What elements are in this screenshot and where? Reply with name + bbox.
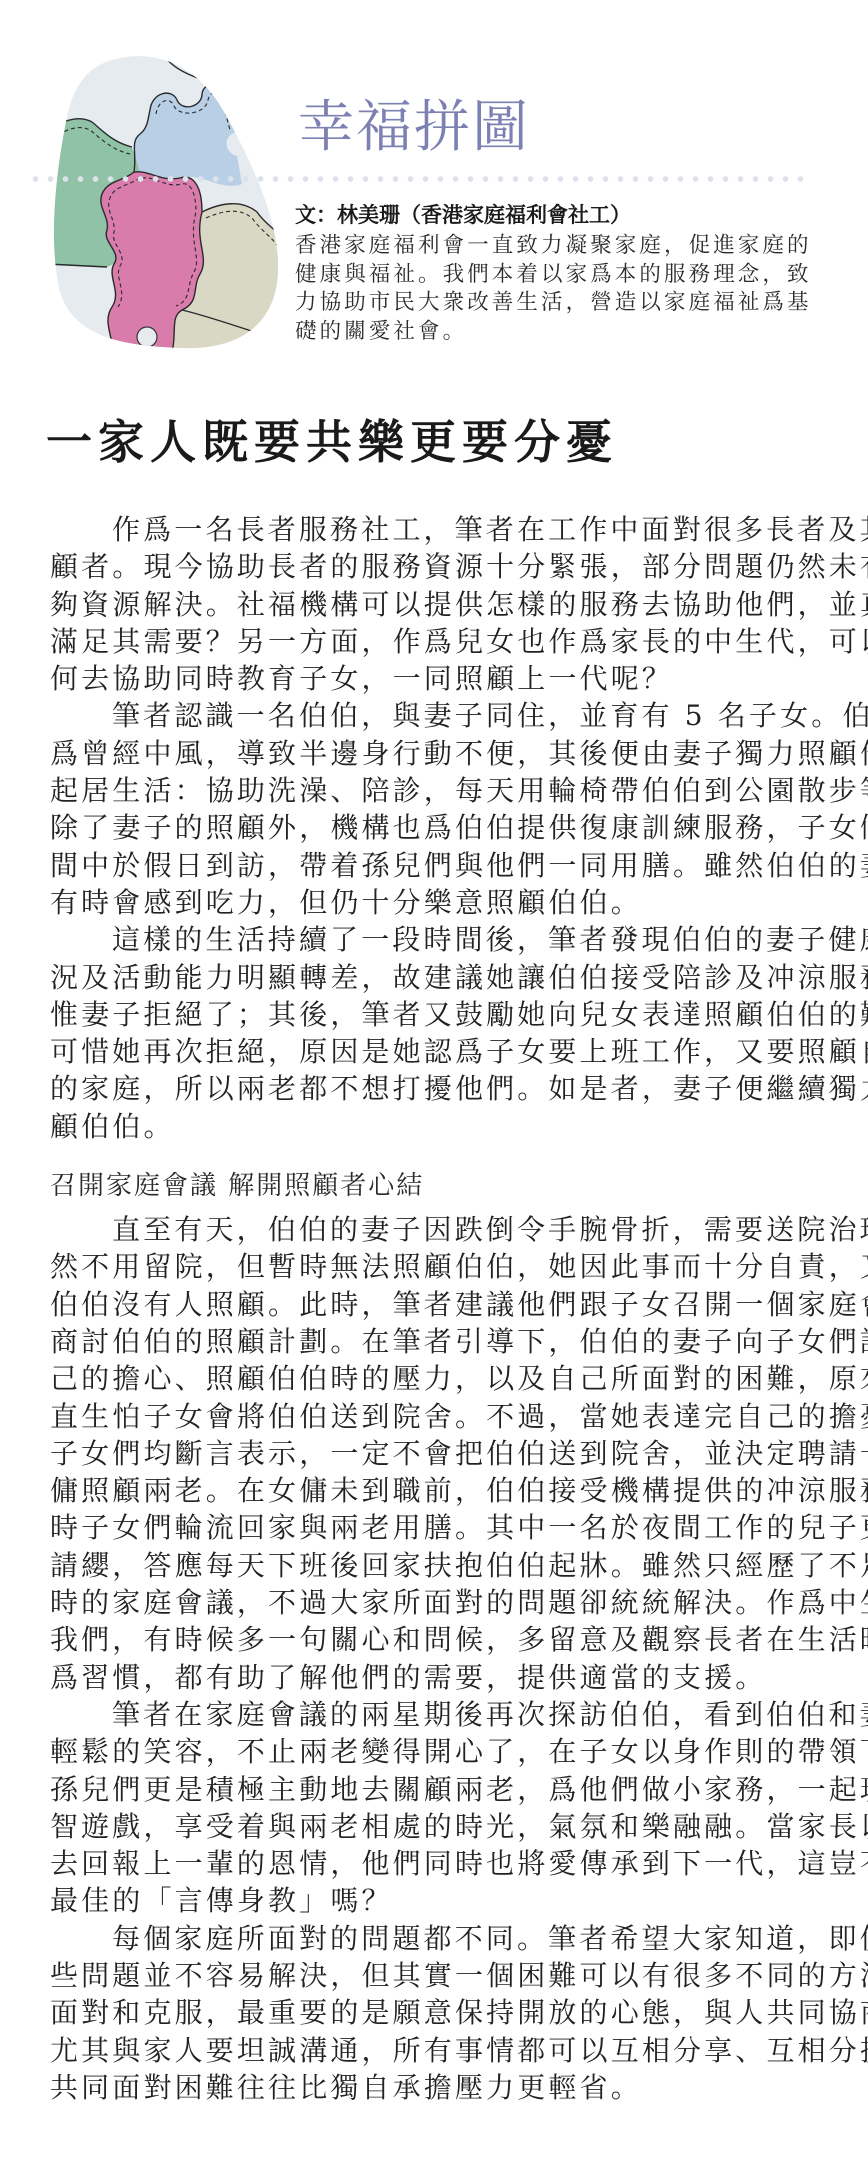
column-header: 幸福拼圖 文：林美珊（香港家庭福利會社工） 香港家庭福利會一直致力凝聚家庭，促進… xyxy=(0,0,868,380)
text-line: 何去協助同時教育子女，一同照顧上一代呢？ xyxy=(50,660,810,697)
text-line: 己的擔心、照顧伯伯時的壓力，以及自己所面對的困難，原來她一 xyxy=(50,1360,810,1397)
text-line: 子女們均斷言表示，一定不會把伯伯送到院舍，並決定聘請一名女 xyxy=(50,1435,810,1472)
text-line: 傭照顧兩老。在女傭未到職前，伯伯接受機構提供的冲涼服務，同 xyxy=(50,1472,810,1509)
text-line: 孫兒們更是積極主動地去關顧兩老，爲他們做小家務，一起玩益 xyxy=(50,1771,810,1808)
section-heading: 召開家庭會議 解開照顧者心結 xyxy=(50,1168,810,1205)
text-line: 輕鬆的笑容，不止兩老變得開心了，在子女以身作則的帶領下， xyxy=(50,1733,810,1770)
text-line: 滿足其需要？另一方面，作爲兒女也作爲家長的中生代，可以如 xyxy=(50,623,810,660)
text-line: 惟妻子拒絕了；其後，筆者又鼓勵她向兒女表達照顧伯伯的難處， xyxy=(50,996,810,1033)
article-body: 作爲一名長者服務社工，筆者在工作中面對很多長者及其照 顧者。現今協助長者的服務資… xyxy=(50,511,810,2106)
text-line: 時子女們輪流回家與兩老用膳。其中一名於夜間工作的兒子更自動 xyxy=(50,1509,810,1546)
text-line: 起居生活：協助洗澡、陪診，每天用輪椅帶伯伯到公園散步等。 xyxy=(50,772,810,809)
intro-line: 健康與福祉。我們本着以家爲本的服務理念，致 xyxy=(295,261,775,290)
text-line: 顧伯伯。 xyxy=(50,1108,810,1145)
article-headline: 一家人既要共樂更要分憂 xyxy=(46,412,618,472)
text-line: 智遊戲，享受着與兩老相處的時光，氣氛和樂融融。當家長以愛 xyxy=(50,1808,810,1845)
text-line: 最佳的「言傳身教」嗎？ xyxy=(50,1882,810,1919)
text-line: 爲曾經中風，導致半邊身行動不便，其後便由妻子獨力照顧他的 xyxy=(50,735,810,772)
text-line: 然不用留院，但暫時無法照顧伯伯，她因此事而十分自責，又擔心 xyxy=(50,1248,810,1285)
column-intro: 香港家庭福利會一直致力凝聚家庭，促進家庭的 健康與福祉。我們本着以家爲本的服務理… xyxy=(295,232,775,346)
author-byline: 文：林美珊（香港家庭福利會社工） xyxy=(295,200,631,230)
dotted-divider xyxy=(28,175,808,183)
puzzle-pieces-illustration xyxy=(52,52,282,352)
text-line: 作爲一名長者服務社工，筆者在工作中面對很多長者及其照 xyxy=(50,511,810,548)
text-line: 直至有天，伯伯的妻子因跌倒令手腕骨折，需要送院治理。雖 xyxy=(50,1211,810,1248)
text-line: 伯伯沒有人照顧。此時，筆者建議他們跟子女召開一個家庭會議， xyxy=(50,1286,810,1323)
text-line: 爲習慣，都有助了解他們的需要，提供適當的支援。 xyxy=(50,1659,810,1696)
text-line: 共同面對困難往往比獨自承擔壓力更輕省。 xyxy=(50,2069,810,2106)
text-line: 尤其與家人要坦誠溝通，所有事情都可以互相分享、互相分擔， xyxy=(50,2032,810,2069)
text-line: 的家庭，所以兩老都不想打擾他們。如是者，妻子便繼續獨力照 xyxy=(50,1070,810,1107)
paragraph: 筆者在家庭會議的兩星期後再次探訪伯伯，看到伯伯和妻子 輕鬆的笑容，不止兩老變得開… xyxy=(50,1696,810,1920)
paragraph: 這樣的生活持續了一段時間後，筆者發現伯伯的妻子健康狀 況及活動能力明顯轉差，故建… xyxy=(50,921,810,1145)
text-line: 筆者在家庭會議的兩星期後再次探訪伯伯，看到伯伯和妻子 xyxy=(50,1696,810,1733)
text-line: 每個家庭所面對的問題都不同。筆者希望大家知道，即使有 xyxy=(50,1920,810,1957)
intro-line: 香港家庭福利會一直致力凝聚家庭，促進家庭的 xyxy=(295,232,775,261)
text-line: 這樣的生活持續了一段時間後，筆者發現伯伯的妻子健康狀 xyxy=(50,921,810,958)
text-line: 請纓，答應每天下班後回家扶抱伯伯起牀。雖然只經歷了不足一小 xyxy=(50,1547,810,1584)
text-line: 間中於假日到訪，帶着孫兒們與他們一同用膳。雖然伯伯的妻子 xyxy=(50,847,810,884)
text-line: 時的家庭會議，不過大家所面對的問題卻統統解決。作爲中生代的 xyxy=(50,1584,810,1621)
text-line: 去回報上一輩的恩情，他們同時也將愛傳承到下一代，這豈不是 xyxy=(50,1845,810,1882)
text-line: 可惜她再次拒絕，原因是她認爲子女要上班工作，又要照顧自己 xyxy=(50,1033,810,1070)
text-line: 夠資源解決。社福機構可以提供怎樣的服務去協助他們，並真正 xyxy=(50,586,810,623)
paragraph: 作爲一名長者服務社工，筆者在工作中面對很多長者及其照 顧者。現今協助長者的服務資… xyxy=(50,511,810,697)
intro-line: 力協助市民大衆改善生活，營造以家庭福祉爲基 xyxy=(295,289,775,318)
text-line: 商討伯伯的照顧計劃。在筆者引導下，伯伯的妻子向子女們說出自 xyxy=(50,1323,810,1360)
paragraph: 筆者認識一名伯伯，與妻子同住，並育有 5 名子女。伯伯因 爲曾經中風，導致半邊身… xyxy=(50,697,810,921)
paragraph: 直至有天，伯伯的妻子因跌倒令手腕骨折，需要送院治理。雖 然不用留院，但暫時無法照… xyxy=(50,1211,810,1696)
text-line: 些問題並不容易解決，但其實一個困難可以有很多不同的方法去 xyxy=(50,1957,810,1994)
text-line: 我們，有時候多一句關心和問候，多留意及觀察長者在生活時的行 xyxy=(50,1621,810,1658)
paragraph: 每個家庭所面對的問題都不同。筆者希望大家知道，即使有 些問題並不容易解決，但其實… xyxy=(50,1920,810,2106)
text-line: 面對和克服，最重要的是願意保持開放的心態，與人共同協商， xyxy=(50,1994,810,2031)
text-line: 筆者認識一名伯伯，與妻子同住，並育有 5 名子女。伯伯因 xyxy=(50,697,810,734)
text-line: 有時會感到吃力，但仍十分樂意照顧伯伯。 xyxy=(50,884,810,921)
text-line: 顧者。現今協助長者的服務資源十分緊張，部分問題仍然未有足 xyxy=(50,548,810,585)
intro-line: 礎的關愛社會。 xyxy=(295,318,775,347)
column-title: 幸福拼圖 xyxy=(298,96,530,160)
text-line: 直生怕子女會將伯伯送到院舍。不過，當她表達完自己的擔憂後， xyxy=(50,1398,810,1435)
text-line: 除了妻子的照顧外，機構也爲伯伯提供復康訓練服務，子女們亦 xyxy=(50,809,810,846)
text-line: 況及活動能力明顯轉差，故建議她讓伯伯接受陪診及冲涼服務， xyxy=(50,959,810,996)
